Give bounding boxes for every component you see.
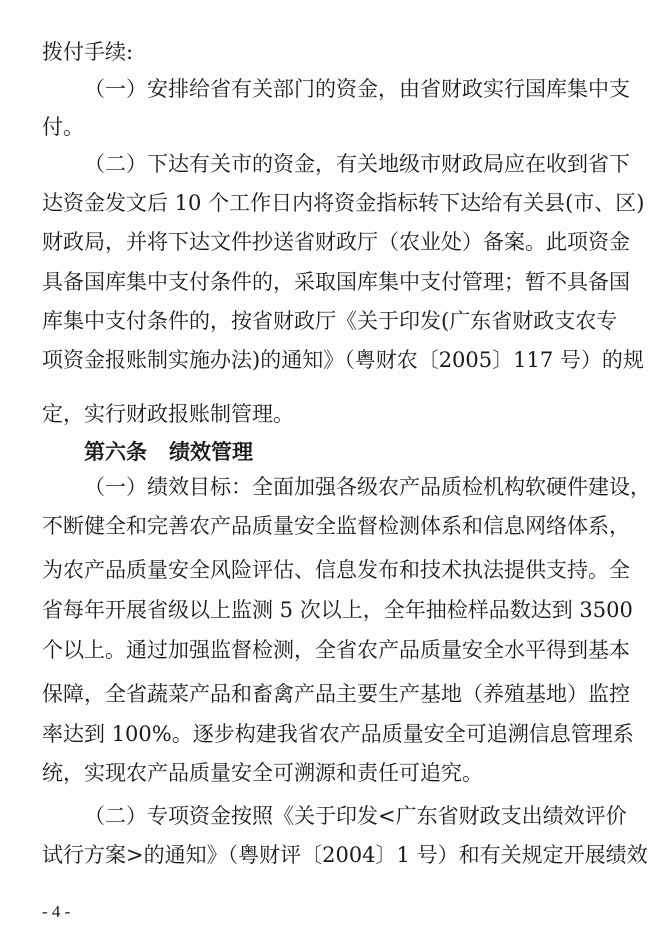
performance-goal-line: 率达到 100%。逐步构建我省农产品质量安全可追溯信息管理系 [42, 722, 604, 746]
paragraph-item-2-line: 达资金发文后 10 个工作日内将资金指标转下达给有关县(市、区) [42, 191, 604, 215]
performance-evaluation-line: （二）专项资金按照《关于印发<广东省财政支出绩效评价 [84, 804, 604, 828]
text-line-payment-procedure: 拨付手续: [42, 40, 604, 64]
paragraph-item-1-line: （一）安排给省有关部门的资金，由省财政实行国库集中支 [84, 77, 604, 101]
paragraph-item-1-end: 付。 [42, 115, 604, 139]
performance-goal-line: 保障，全省蔬菜产品和畜禽产品主要生产基地（养殖基地）监控 [42, 682, 604, 706]
article-heading: 第六条绩效管理 [84, 440, 253, 464]
paragraph-item-2-line: 库集中支付条件的，按省财政厅《关于印发(广东省财政支农专 [42, 309, 604, 333]
performance-goal-end: 统，实现农产品质量安全可溯源和责任可追究。 [42, 761, 604, 785]
performance-goal-line: （一）绩效目标：全面加强各级农产品质检机构软硬件建设， [84, 475, 604, 499]
paragraph-item-2-line: 具备国库集中支付条件的，采取国库集中支付管理；暂不具备国 [42, 270, 604, 294]
paragraph-item-2-line: 财政局，并将下达文件抄送省财政厅（农业处）备案。此项资金 [42, 230, 604, 254]
document-page: 拨付手续: （一）安排给省有关部门的资金，由省财政实行国库集中支 付。 （二）下… [0, 0, 650, 943]
article-title: 绩效管理 [169, 440, 253, 464]
paragraph-item-2-end: 定，实行财政报账制管理。 [42, 402, 604, 426]
performance-goal-line: 为农产品质量安全风险评估、信息发布和技术执法提供支持。全 [42, 558, 604, 582]
performance-goal-line: 不断健全和完善农产品质量安全监督检测体系和信息网络体系， [42, 514, 604, 538]
performance-goal-line: 省每年开展省级以上监测 5 次以上，全年抽检样品数达到 3500 [42, 598, 604, 622]
paragraph-item-2-line: （二）下达有关市的资金，有关地级市财政局应在收到省下 [84, 152, 604, 176]
performance-evaluation-line: 试行方案>的通知》（粤财评〔2004〕1 号）和有关规定开展绩效 [42, 843, 604, 867]
paragraph-item-2-line: 项资金报账制实施办法)的通知》（粤财农〔2005〕117 号）的规 [42, 348, 604, 372]
article-number: 第六条 [84, 440, 147, 464]
performance-goal-line: 个以上。通过加强监督检测，全省农产品质量安全水平得到基本 [42, 638, 604, 662]
page-number: - 4 - [42, 902, 70, 922]
